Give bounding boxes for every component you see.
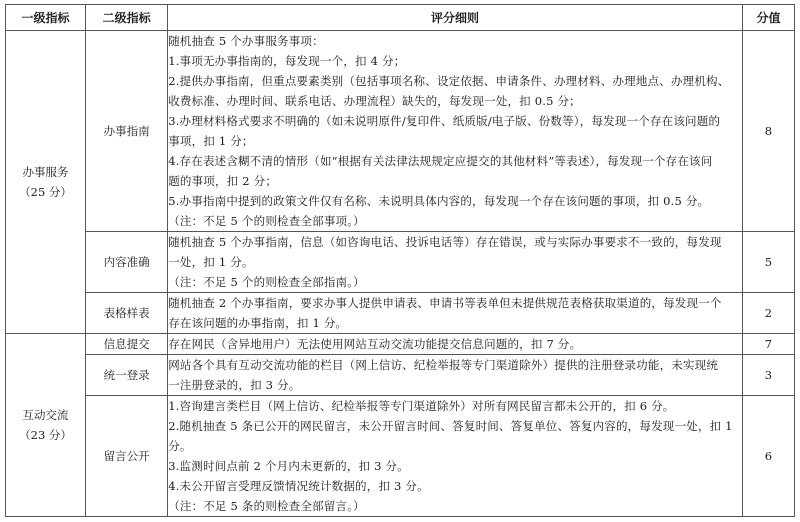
level1-cell: 办事服务 （25 分） [6, 31, 86, 334]
header-score: 分值 [742, 5, 794, 31]
criteria-line: 网站各个具有互动交流功能的栏目（网上信访、纪检举报等专门渠道除外）提供的注册登录… [168, 355, 742, 375]
criteria-line: 2.提供办事指南，但重点要素类别（包括事项名称、设定依据、申请条件、办理材料、办… [168, 71, 742, 91]
level2-cell: 留言公开 [86, 396, 168, 517]
table-row: 办事服务 （25 分） 办事指南 随机抽查 5 个办事服务事项： 1.事项无办事… [6, 31, 795, 232]
score-cell: 5 [742, 232, 794, 293]
table-row: 互动交流 （23 分） 信息提交 存在网民（含异地用户）无法使用网站互动交流功能… [6, 334, 795, 355]
level2-cell: 内容准确 [86, 232, 168, 293]
header-criteria: 评分细则 [168, 5, 743, 31]
table-row: 表格样表 随机抽查 2 个办事指南，要求办事人提供申请表、申请书等表单但未提供规… [6, 293, 795, 334]
criteria-line: 随机抽查 2 个办事指南，要求办事人提供申请表、申请书等表单但未提供规范表格获取… [168, 293, 742, 313]
level1-name: 办事服务 [6, 162, 85, 182]
criteria-cell: 随机抽查 2 个办事指南，要求办事人提供申请表、申请书等表单但未提供规范表格获取… [168, 293, 743, 334]
criteria-line: 事项，扣 1 分； [168, 131, 742, 151]
criteria-line: 4.存在表述含糊不清的情形（如“根据有关法律法规规定应提交的其他材料”等表述），… [168, 151, 742, 171]
criteria-line: 3.监测时间点前 2 个月内未更新的，扣 3 分。 [168, 456, 742, 476]
score-cell: 7 [742, 334, 794, 355]
criteria-cell: 1.咨询建言类栏目（网上信访、纪检举报等专门渠道除外）对所有网民留言都未公开的，… [168, 396, 743, 517]
criteria-line: 存在网民（含异地用户）无法使用网站互动交流功能提交信息问题的，扣 7 分。 [168, 334, 742, 354]
level1-total: （25 分） [6, 182, 85, 202]
criteria-line: 1.事项无办事指南的，每发现一个，扣 4 分； [168, 51, 742, 71]
criteria-line: 1.咨询建言类栏目（网上信访、纪检举报等专门渠道除外）对所有网民留言都未公开的，… [168, 396, 742, 416]
criteria-line: 3.办理材料格式要求不明确的（如未说明原件/复印件、纸质版/电子版、份数等），每… [168, 111, 742, 131]
criteria-line: 一注册登录的，扣 3 分。 [168, 375, 742, 395]
criteria-line: 随机抽查 5 个办事指南，信息（如咨询电话、投诉电话等）存在错误，或与实际办事要… [168, 232, 742, 252]
table-row: 统一登录 网站各个具有互动交流功能的栏目（网上信访、纪检举报等专门渠道除外）提供… [6, 355, 795, 396]
criteria-line: 存在该问题的办事指南，扣 1 分。 [168, 313, 742, 333]
criteria-cell: 网站各个具有互动交流功能的栏目（网上信访、纪检举报等专门渠道除外）提供的注册登录… [168, 355, 743, 396]
criteria-cell: 随机抽查 5 个办事服务事项： 1.事项无办事指南的，每发现一个，扣 4 分； … [168, 31, 743, 232]
criteria-line: （注：不足 5 个的则检查全部指南。） [168, 272, 742, 292]
scoring-table: 一级指标 二级指标 评分细则 分值 办事服务 （25 分） 办事指南 随机抽查 … [5, 4, 795, 517]
criteria-cell: 存在网民（含异地用户）无法使用网站互动交流功能提交信息问题的，扣 7 分。 [168, 334, 743, 355]
level2-cell: 办事指南 [86, 31, 168, 232]
criteria-line: 收费标准、办理时间、联系电话、办理流程）缺失的，每发现一处，扣 0.5 分； [168, 91, 742, 111]
criteria-line: （注：不足 5 条的则检查全部留言。） [168, 496, 742, 516]
header-level2: 二级指标 [86, 5, 168, 31]
table-row: 内容准确 随机抽查 5 个办事指南，信息（如咨询电话、投诉电话等）存在错误，或与… [6, 232, 795, 293]
header-level1: 一级指标 [6, 5, 86, 31]
score-cell: 8 [742, 31, 794, 232]
criteria-line: 2.随机抽查 5 条已公开的网民留言，未公开留言时间、答复时间、答复单位、答复内… [168, 416, 742, 436]
level2-cell: 统一登录 [86, 355, 168, 396]
level1-total: （23 分） [6, 425, 85, 445]
criteria-line: 题的事项，扣 2 分； [168, 171, 742, 191]
level2-cell: 表格样表 [86, 293, 168, 334]
level1-name: 互动交流 [6, 405, 85, 425]
criteria-line: （注：不足 5 个的则检查全部事项。） [168, 211, 742, 231]
criteria-line: 5.办事指南中提到的政策文件仅有名称、未说明具体内容的，每发现一个存在该问题的事… [168, 191, 742, 211]
score-cell: 3 [742, 355, 794, 396]
criteria-cell: 随机抽查 5 个办事指南，信息（如咨询电话、投诉电话等）存在错误，或与实际办事要… [168, 232, 743, 293]
criteria-line: 分。 [168, 436, 742, 456]
table-row: 留言公开 1.咨询建言类栏目（网上信访、纪检举报等专门渠道除外）对所有网民留言都… [6, 396, 795, 517]
level1-cell: 互动交流 （23 分） [6, 334, 86, 517]
criteria-line: 一处，扣 1 分。 [168, 252, 742, 272]
score-cell: 6 [742, 396, 794, 517]
level2-cell: 信息提交 [86, 334, 168, 355]
score-cell: 2 [742, 293, 794, 334]
criteria-line: 随机抽查 5 个办事服务事项： [168, 31, 742, 51]
header-row: 一级指标 二级指标 评分细则 分值 [6, 5, 795, 31]
criteria-line: 4.未公开留言受理反馈情况统计数据的，扣 3 分。 [168, 476, 742, 496]
